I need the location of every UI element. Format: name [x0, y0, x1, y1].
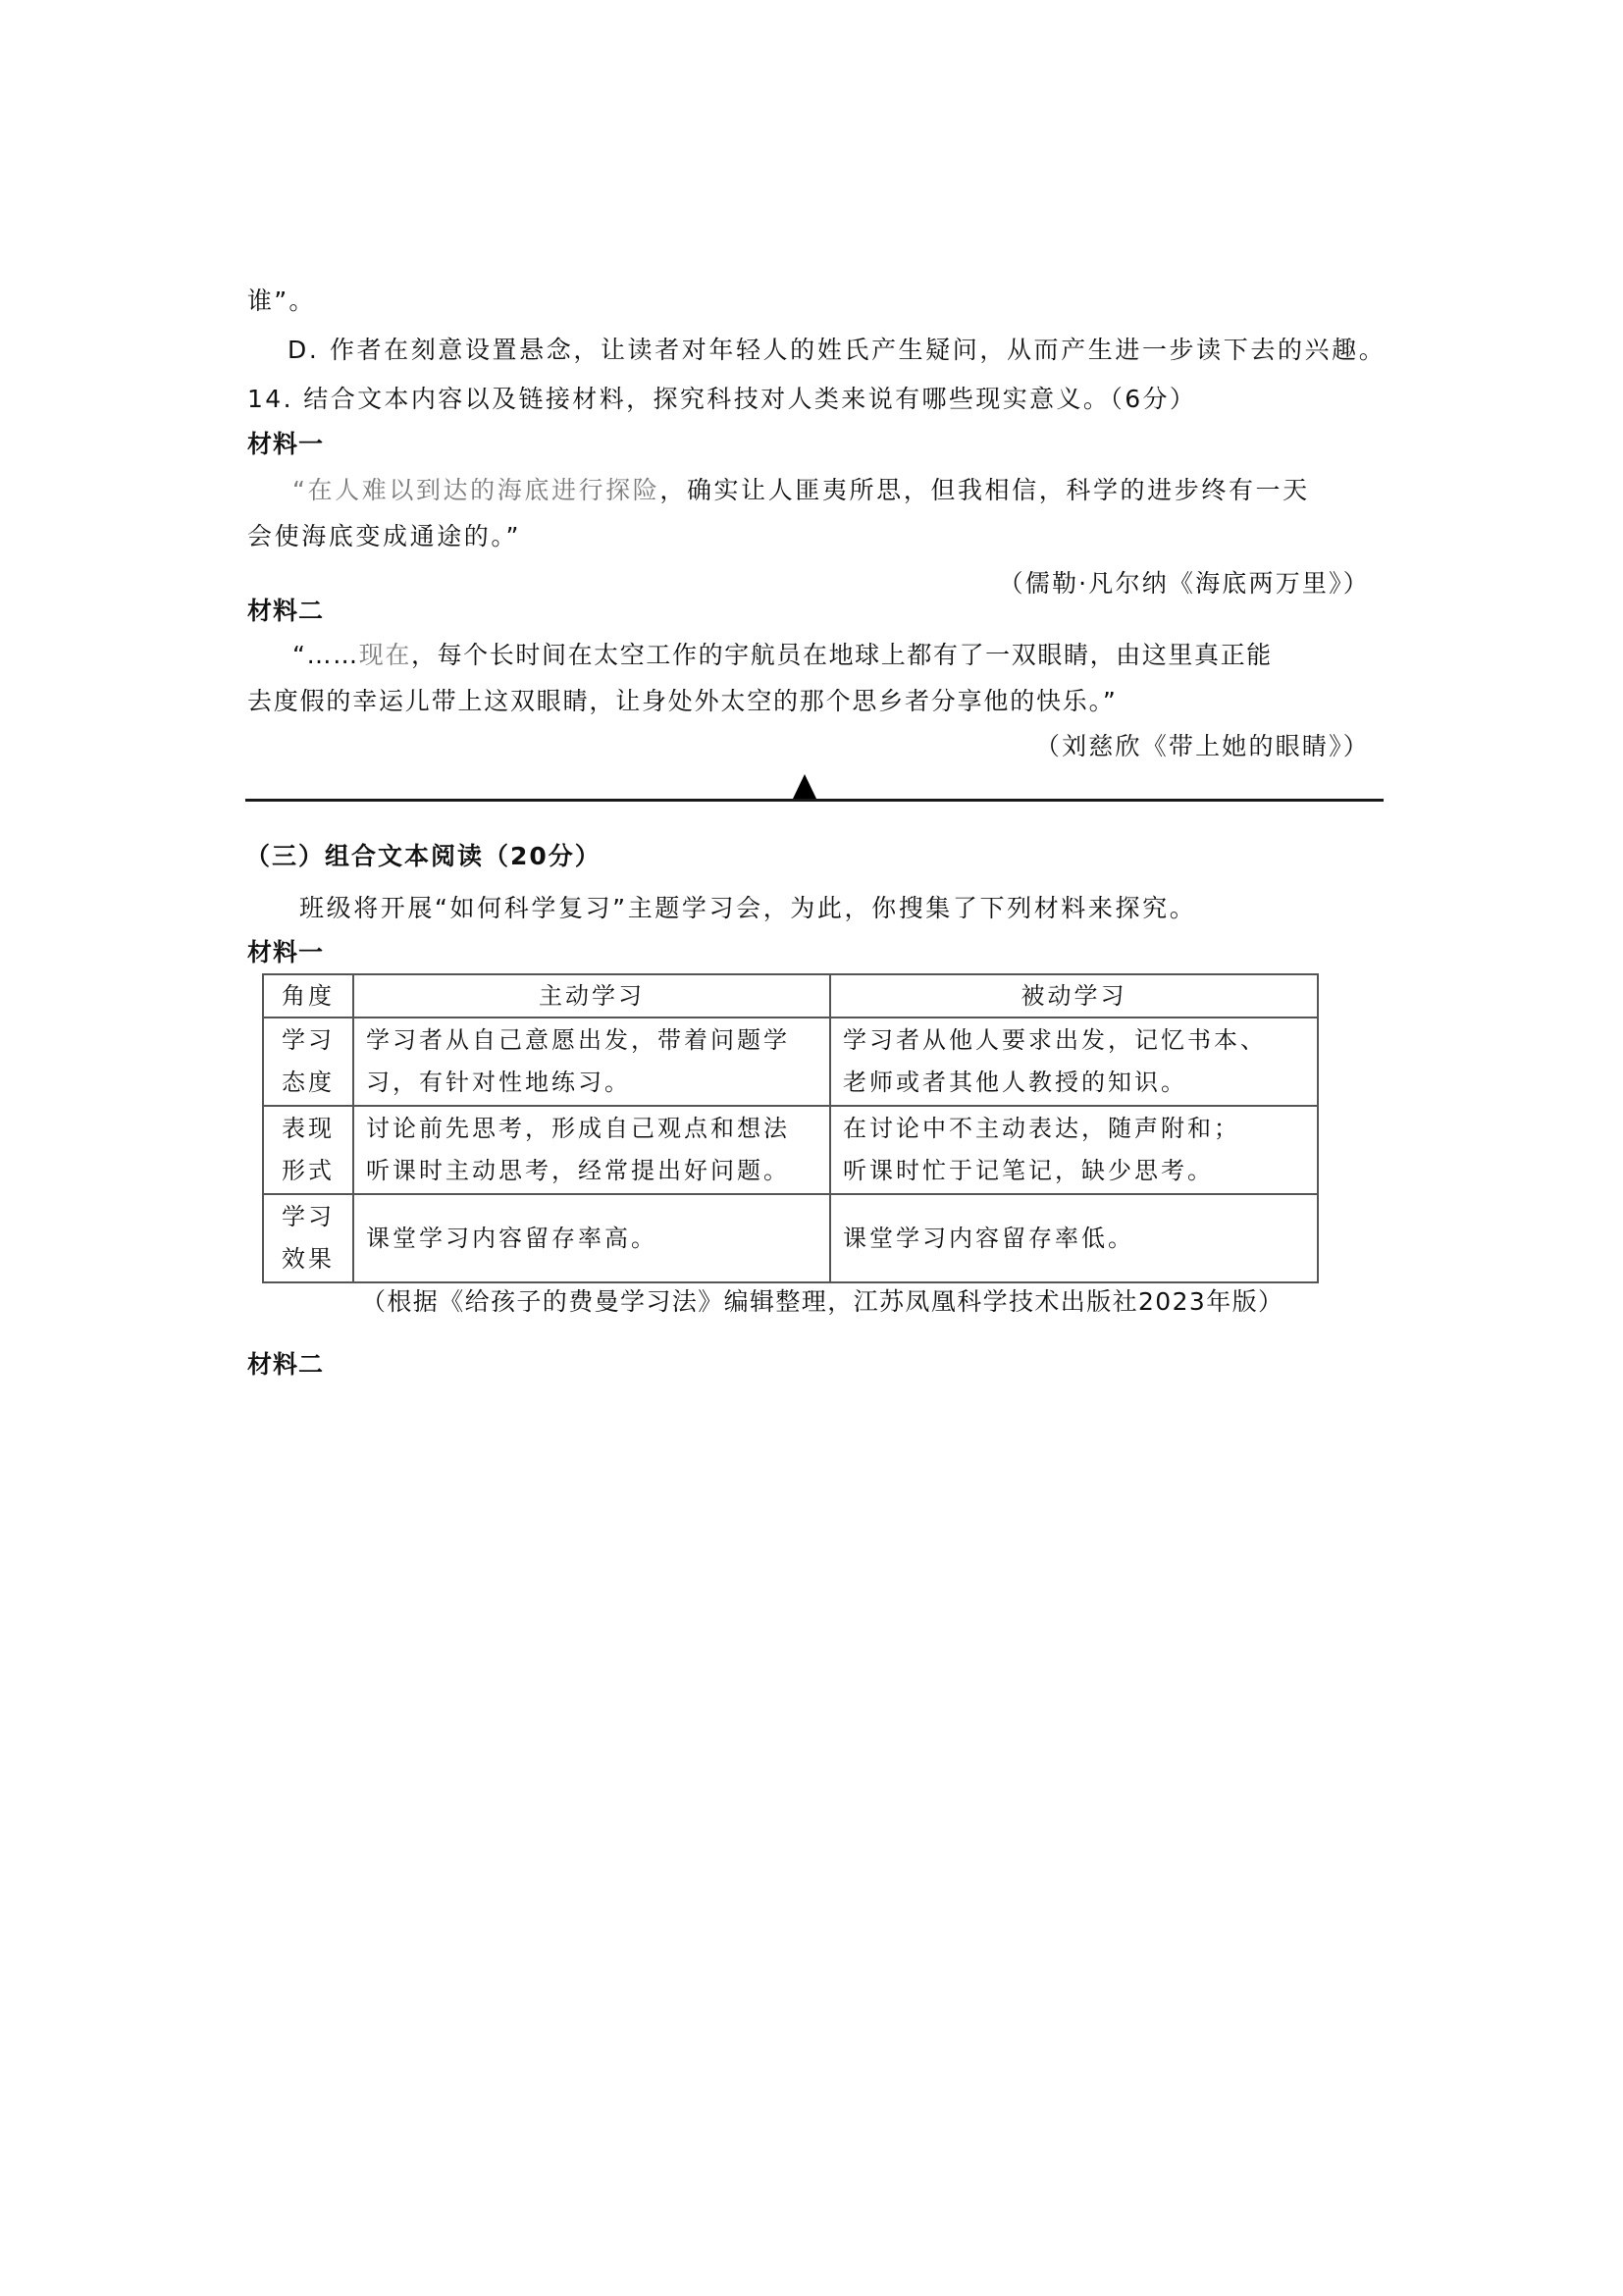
option-d-text: D. 作者在刻意设置悬念，让读者对年轻人的姓氏产生疑问，从而产生进一步读下去的兴…	[288, 336, 1386, 365]
passive-effect-cell: 课堂学习内容留存率低。	[830, 1194, 1318, 1282]
section-3-intro: 班级将开展“如何科学复习”主题学习会，为此，你搜集了下列材料来探究。	[299, 894, 1196, 923]
material-1-quote-line-1: “在人难以到达的海底进行探险，确实让人匪夷所思，但我相信，科学的进步终有一天	[292, 476, 1310, 505]
cell-line: 课堂学习内容留存率高。	[366, 1218, 817, 1260]
material-1-citation: （儒勒·凡尔纳《海底两万里》）	[999, 569, 1370, 599]
angle-line: 效果	[270, 1238, 346, 1280]
passive-form-cell: 在讨论中不主动表达，随声附和； 听课时忙于记笔记，缺少思考。	[830, 1106, 1318, 1194]
table-row: 表现 形式 讨论前先思考，形成自己观点和想法 听课时主动思考，经常提出好问题。 …	[263, 1106, 1318, 1194]
row-angle-effect: 学习 效果	[263, 1194, 353, 1282]
material-2-quote-prefix: “……	[292, 641, 359, 669]
angle-line: 形式	[270, 1150, 346, 1192]
learning-comparison-table: 角度 主动学习 被动学习 学习 态度 学习者从自己意愿出发，带着问题学 习，有针…	[262, 973, 1319, 1283]
cell-line: 老师或者其他人教授的知识。	[843, 1062, 1305, 1104]
cell-line: 听课时主动思考，经常提出好问题。	[366, 1150, 817, 1192]
angle-line: 态度	[270, 1062, 346, 1104]
material-1-quote-highlight: “在人难以到达的海底进行探险	[292, 476, 659, 504]
section-3-material-2-label: 材料二	[247, 1350, 324, 1380]
material-2-label: 材料二	[247, 597, 324, 626]
header-passive-learning: 被动学习	[830, 974, 1318, 1018]
passive-attitude-cell: 学习者从他人要求出发，记忆书本、 老师或者其他人教授的知识。	[830, 1018, 1318, 1106]
table-row: 学习 态度 学习者从自己意愿出发，带着问题学 习，有针对性地练习。 学习者从他人…	[263, 1018, 1318, 1106]
cell-line: 学习者从自己意愿出发，带着问题学	[366, 1019, 817, 1062]
header-angle: 角度	[263, 974, 353, 1018]
material-2-quote-line-1: “……现在，每个长时间在太空工作的宇航员在地球上都有了一双眼睛，由这里真正能	[292, 641, 1273, 670]
row-angle-attitude: 学习 态度	[263, 1018, 353, 1106]
cell-line: 讨论前先思考，形成自己观点和想法	[366, 1108, 817, 1150]
material-2-quote-line-2: 去度假的幸运儿带上这双眼睛，让身处外太空的那个思乡者分享他的快乐。”	[247, 687, 1118, 716]
section-3-heading: （三）组合文本阅读（20分）	[245, 842, 602, 871]
table-row: 学习 效果 课堂学习内容留存率高。 课堂学习内容留存率低。	[263, 1194, 1318, 1282]
table-header-row: 角度 主动学习 被动学习	[263, 974, 1318, 1018]
cell-line: 习，有针对性地练习。	[366, 1062, 817, 1104]
material-1-label: 材料一	[247, 430, 324, 459]
cell-line: 在讨论中不主动表达，随声附和；	[843, 1108, 1305, 1150]
continuation-text: 谁”。	[247, 287, 316, 316]
material-2-quote-highlight: 现在	[359, 641, 411, 669]
question-14-prompt: 14. 结合文本内容以及链接材料，探究科技对人类来说有哪些现实意义。（6分）	[247, 385, 1196, 414]
header-active-learning: 主动学习	[353, 974, 830, 1018]
active-effect-cell: 课堂学习内容留存率高。	[353, 1194, 830, 1282]
material-2-quote-rest: ，每个长时间在太空工作的宇航员在地球上都有了一双眼睛，由这里真正能	[411, 641, 1273, 669]
material-1-quote-rest: ，确实让人匪夷所思，但我相信，科学的进步终有一天	[659, 476, 1309, 504]
triangle-marker-icon	[793, 774, 816, 799]
section-divider	[245, 799, 1384, 802]
active-attitude-cell: 学习者从自己意愿出发，带着问题学 习，有针对性地练习。	[353, 1018, 830, 1106]
row-angle-form: 表现 形式	[263, 1106, 353, 1194]
cell-line: 听课时忙于记笔记，缺少思考。	[843, 1150, 1305, 1192]
angle-line: 表现	[270, 1108, 346, 1150]
material-1-quote-line-2: 会使海底变成通途的。”	[247, 522, 521, 551]
section-3-material-1-label: 材料一	[247, 938, 324, 967]
material-2-citation: （刘慈欣《带上她的眼睛》）	[1035, 732, 1370, 761]
cell-line: 课堂学习内容留存率低。	[843, 1218, 1305, 1260]
angle-line: 学习	[270, 1196, 346, 1238]
cell-line: 学习者从他人要求出发，记忆书本、	[843, 1019, 1305, 1062]
table-source-note: （根据《给孩子的费曼学习法》编辑整理，江苏凤凰科学技术出版社2023年版）	[361, 1287, 1283, 1317]
active-form-cell: 讨论前先思考，形成自己观点和想法 听课时主动思考，经常提出好问题。	[353, 1106, 830, 1194]
angle-line: 学习	[270, 1019, 346, 1062]
